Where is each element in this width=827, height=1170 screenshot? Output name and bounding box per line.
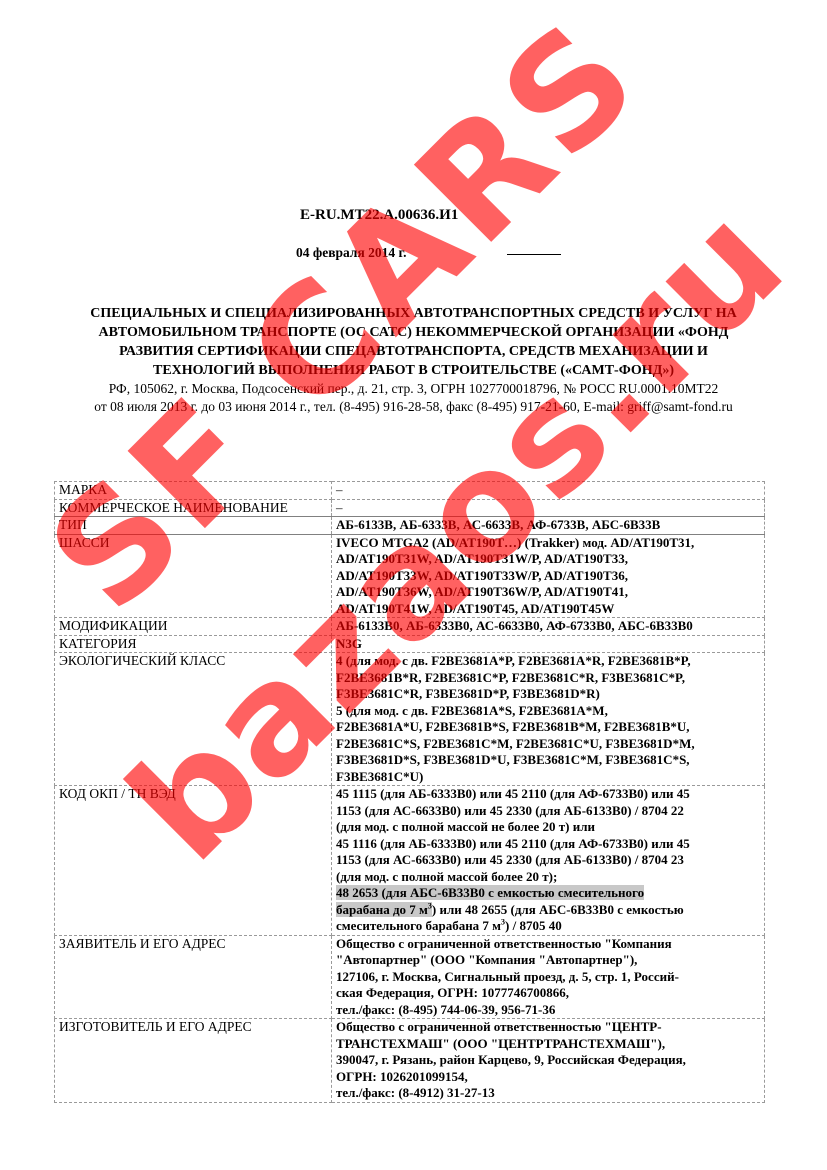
org-title-line: РАЗВИТИЯ СЕРТИФИКАЦИИ СПЕЦАВТОТРАНСПОРТА… (30, 342, 797, 361)
certificate-page: E-RU.МТ22.А.00636.И1 04 февраля 2014 г. … (0, 0, 827, 1170)
value-line: N3G (336, 636, 760, 653)
value-line: AD/AT190T31W, AD/AT190T31W/P, AD/AT190T3… (336, 551, 760, 568)
date-underline (507, 254, 561, 255)
org-info-line: от 08 июля 2013 г. до 03 июня 2014 г., т… (30, 398, 797, 416)
org-title-line: ТЕХНОЛОГИЙ ВЫПОЛНЕНИЯ РАБОТ В СТРОИТЕЛЬС… (30, 361, 797, 380)
value-line: AD/AT190T41W, AD/AT190T45, AD/AT190T45W (336, 601, 760, 618)
certificate-number: E-RU.МТ22.А.00636.И1 (0, 207, 827, 224)
value-line: 48 2653 (для АБС-6В33В0 с емкостью смеси… (336, 885, 760, 902)
value-line: 1153 (для АС-6633В0) или 45 2330 (для АБ… (336, 852, 760, 869)
issue-date: 04 февраля 2014 г. (296, 245, 407, 261)
value-line: 1153 (для АС-6633В0) или 45 2330 (для АБ… (336, 803, 760, 820)
value-line: ская Федерация, ОГРН: 1077746700866, (336, 985, 760, 1002)
value-text: ) или 48 2655 (для АБС-6В33В0 с емкостью (432, 902, 684, 917)
value-line: 4 (для мод. с дв. F2BE3681A*P, F2BE3681A… (336, 653, 760, 670)
value-line: F3BE3681D*S, F3BE3681D*U, F3BE3681C*M, F… (336, 752, 760, 769)
table-row: ИЗГОТОВИТЕЛЬ И ЕГО АДРЕСОбщество с огран… (55, 1019, 765, 1103)
value-line: F2BE3681C*S, F2BE3681C*M, F2BE3681C*U, F… (336, 736, 760, 753)
value-line: AD/AT190T36W, AD/AT190T36W/P, AD/AT190T4… (336, 584, 760, 601)
row-value: IVECO MTGA2 (AD/AT190T…) (Trakker) мод. … (332, 534, 765, 618)
row-value: 4 (для мод. с дв. F2BE3681A*P, F2BE3681A… (332, 653, 765, 786)
value-line: F3BE3681C*U) (336, 769, 760, 786)
row-label: МОДИФИКАЦИИ (55, 618, 332, 636)
value-line: IVECO MTGA2 (AD/AT190T…) (Trakker) мод. … (336, 535, 760, 552)
value-line: – (336, 500, 760, 517)
row-label: КОММЕРЧЕСКОЕ НАИМЕНОВАНИЕ (55, 499, 332, 517)
value-line: (для мод. с полной массой не более 20 т)… (336, 819, 760, 836)
table-row: КОД ОКП / ТН ВЭД45 1115 (для АБ-6333В0) … (55, 786, 765, 936)
table-row: КАТЕГОРИЯN3G (55, 635, 765, 653)
value-text: ) / 8705 40 (505, 918, 562, 933)
value-line: F2BE3681A*U, F2BE3681B*S, F2BE3681B*M, F… (336, 719, 760, 736)
row-label: КАТЕГОРИЯ (55, 635, 332, 653)
value-text: смесительного барабана 7 м (336, 918, 501, 933)
row-label: ТИП (55, 517, 332, 535)
value-line: тел./факс: (8-4912) 31-27-13 (336, 1085, 760, 1102)
row-label: МАРКА (55, 482, 332, 500)
row-value: – (332, 499, 765, 517)
value-line: тел./факс: (8-495) 744-06-39, 956-71-36 (336, 1002, 760, 1019)
table-row: ШАССИIVECO MTGA2 (AD/AT190T…) (Trakker) … (55, 534, 765, 618)
table-row: ЗАЯВИТЕЛЬ И ЕГО АДРЕСОбщество с ограниче… (55, 935, 765, 1019)
row-value: – (332, 482, 765, 500)
row-label: ИЗГОТОВИТЕЛЬ И ЕГО АДРЕС (55, 1019, 332, 1103)
highlighted-text: 48 2653 (для АБС-6В33В0 с емкостью смеси… (336, 885, 644, 900)
value-line: 390047, г. Рязань, район Карцево, 9, Рос… (336, 1052, 760, 1069)
highlighted-text-part: барабана до 7 м (336, 902, 428, 917)
row-value: Общество с ограниченной ответственностью… (332, 1019, 765, 1103)
certificate-table: МАРКА–КОММЕРЧЕСКОЕ НАИМЕНОВАНИЕ–ТИПАБ-61… (54, 481, 765, 1103)
value-line: AD/AT190T33W, AD/AT190T33W/P, AD/AT190T3… (336, 568, 760, 585)
value-line: 127106, г. Москва, Сигнальный проезд, д.… (336, 969, 760, 986)
value-line: смесительного барабана 7 м3) / 8705 40 (336, 918, 760, 935)
highlighted-text: барабана до 7 м3 (336, 902, 432, 917)
org-title-line: СПЕЦИАЛЬНЫХ И СПЕЦИАЛИЗИРОВАННЫХ АВТОТРА… (30, 304, 797, 323)
value-line: барабана до 7 м3) или 48 2655 (для АБС-6… (336, 902, 760, 919)
value-line: F2BE3681B*R, F2BE3681C*P, F2BE3681C*R, F… (336, 670, 760, 687)
table-row: МОДИФИКАЦИИАБ-6133В0, АБ-6333В0, АС-6633… (55, 618, 765, 636)
value-line: F3BE3681C*R, F3BE3681D*P, F3BE3681D*R) (336, 686, 760, 703)
value-line: (для мод. с полной массой более 20 т); (336, 869, 760, 886)
org-info-line: РФ, 105062, г. Москва, Подсосенский пер.… (30, 380, 797, 398)
value-line: 5 (для мод. с дв. F2BE3681A*S, F2BE3681A… (336, 703, 760, 720)
table-row: ЭКОЛОГИЧЕСКИЙ КЛАСС4 (для мод. с дв. F2B… (55, 653, 765, 786)
row-label: ШАССИ (55, 534, 332, 618)
row-label: ЗАЯВИТЕЛЬ И ЕГО АДРЕС (55, 935, 332, 1019)
table-row: КОММЕРЧЕСКОЕ НАИМЕНОВАНИЕ– (55, 499, 765, 517)
certification-body: СПЕЦИАЛЬНЫХ И СПЕЦИАЛИЗИРОВАННЫХ АВТОТРА… (30, 304, 797, 416)
value-line: 45 1115 (для АБ-6333В0) или 45 2110 (для… (336, 786, 760, 803)
value-line: Общество с ограниченной ответственностью… (336, 936, 760, 953)
row-value: АБ-6133В, АБ-6333В, АС-6633В, АФ-6733В, … (332, 517, 765, 535)
row-value: Общество с ограниченной ответственностью… (332, 935, 765, 1019)
table-row: ТИПАБ-6133В, АБ-6333В, АС-6633В, АФ-6733… (55, 517, 765, 535)
value-line: – (336, 482, 760, 499)
value-line: АБ-6133В0, АБ-6333В0, АС-6633В0, АФ-6733… (336, 618, 760, 635)
value-line: АБ-6133В, АБ-6333В, АС-6633В, АФ-6733В, … (336, 517, 760, 534)
table-row: МАРКА– (55, 482, 765, 500)
row-value: АБ-6133В0, АБ-6333В0, АС-6633В0, АФ-6733… (332, 618, 765, 636)
value-line: "Автопартнер" (ООО "Компания "Автопартне… (336, 952, 760, 969)
value-line: ОГРН: 1026201099154, (336, 1069, 760, 1086)
org-title-line: АВТОМОБИЛЬНОМ ТРАНСПОРТЕ (ОС САТС) НЕКОМ… (30, 323, 797, 342)
value-line: Общество с ограниченной ответственностью… (336, 1019, 760, 1036)
row-value: 45 1115 (для АБ-6333В0) или 45 2110 (для… (332, 786, 765, 936)
row-value: N3G (332, 635, 765, 653)
row-label: КОД ОКП / ТН ВЭД (55, 786, 332, 936)
row-label: ЭКОЛОГИЧЕСКИЙ КЛАСС (55, 653, 332, 786)
value-line: ТРАНСТЕХМАШ" (ООО "ЦЕНТРТРАНСТЕХМАШ"), (336, 1036, 760, 1053)
value-line: 45 1116 (для АБ-6333В0) или 45 2110 (для… (336, 836, 760, 853)
